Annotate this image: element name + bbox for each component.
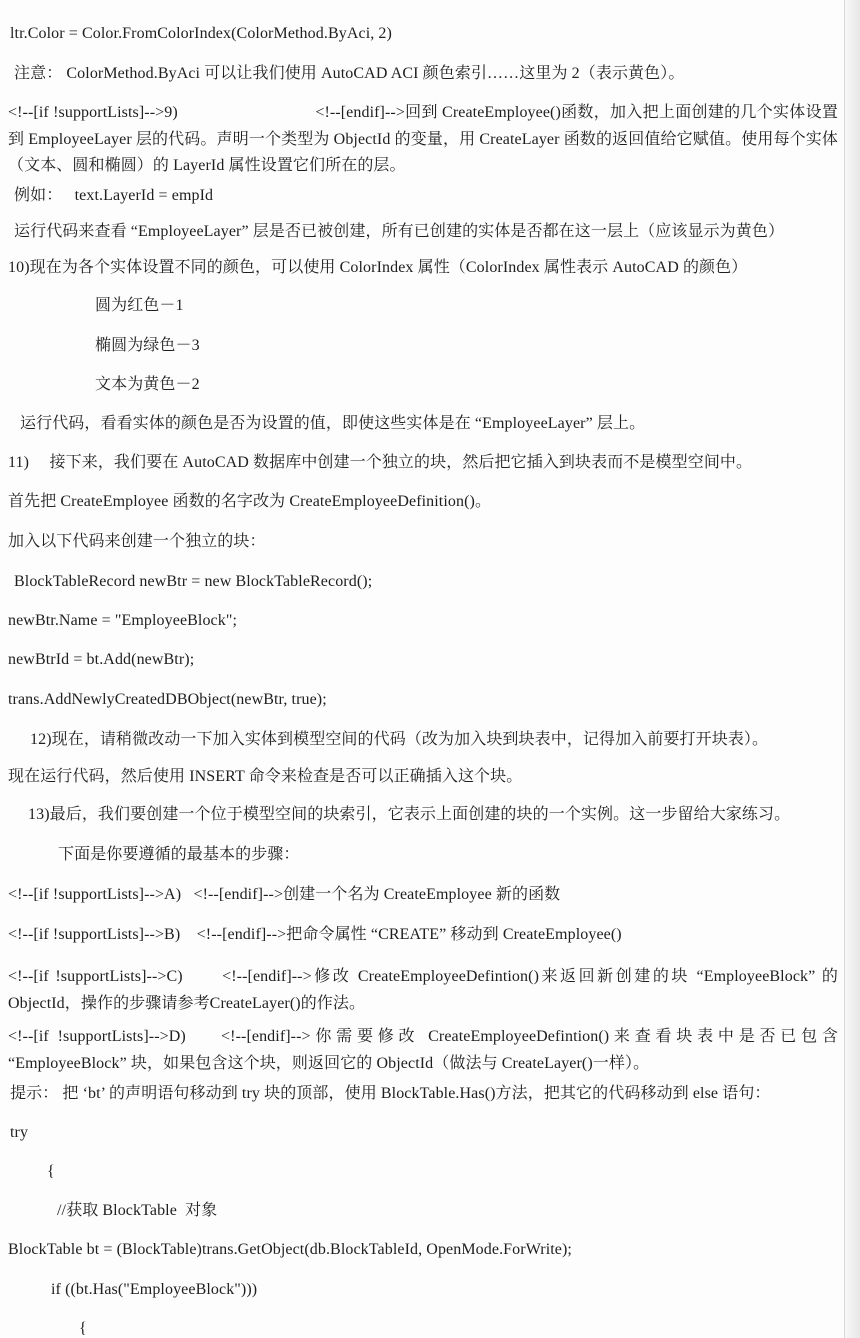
code-newbtrid-add: newBtrId = bt.Add(newBtr); [8, 650, 194, 670]
code-comment-get-blocktable: //获取 BlockTable 对象 [57, 1201, 217, 1221]
step-d: <!--[if !supportLists]-->D) <!--[endif]-… [8, 1024, 838, 1077]
code-ltr-color: ltr.Color = Color.FromColorIndex(ColorMe… [10, 24, 392, 44]
code-open-brace-outer: { [47, 1162, 55, 1182]
add-block-code-intro: 加入以下代码来创建一个独立的块： [8, 532, 266, 552]
run-insert-check: 现在运行代码，然后使用 INSERT 命令来检查是否可以正确插入这个块。 [8, 767, 522, 787]
step-a: <!--[if !supportLists]-->A) <!--[endif]-… [8, 885, 560, 905]
code-if-has-employeeblock: if ((bt.Has("EmployeeBlock"))) [51, 1280, 257, 1300]
run-check-layer: 运行代码来查看 “EmployeeLayer” 层是否已被创建，所有已创建的实体… [14, 222, 784, 242]
code-try: try [10, 1123, 28, 1143]
step-11: 11) 接下来，我们要在 AutoCAD 数据库中创建一个独立的块，然后把它插入… [8, 453, 752, 473]
step-c: <!--[if !supportLists]-->C) <!--[endif]-… [8, 964, 838, 1017]
code-get-blocktable: BlockTable bt = (BlockTable)trans.GetObj… [8, 1240, 572, 1260]
step-10: 10)现在为各个实体设置不同的颜色，可以使用 ColorIndex 属性（Col… [8, 258, 747, 278]
step-13: 13)最后，我们要创建一个位于模型空间的块索引，它表示上面创建的块的一个实例。这… [28, 805, 790, 825]
code-new-blocktablerecord: BlockTableRecord newBtr = new BlockTable… [14, 572, 372, 592]
document-page: ltr.Color = Color.FromColorIndex(ColorMe… [0, 0, 860, 1338]
color-text-yellow: 文本为黄色－2 [95, 375, 200, 395]
color-circle-red: 圆为红色－1 [95, 296, 184, 316]
code-open-brace-inner: { [79, 1319, 87, 1338]
code-add-newly-created: trans.AddNewlyCreatedDBObject(newBtr, tr… [8, 690, 327, 710]
color-ellipse-green: 椭圆为绿色－3 [95, 336, 200, 356]
steps-intro: 下面是你要遵循的最基本的步骤： [58, 845, 300, 865]
step-12: 12)现在，请稍微改动一下加入实体到模型空间的代码（改为加入块到块表中，记得加入… [30, 730, 768, 750]
step-9: <!--[if !supportLists]-->9) <!--[endif]-… [8, 100, 838, 180]
example-layerid: 例如： text.LayerId = empId [14, 186, 213, 206]
hint-bt-declaration: 提示： 把 ‘bt’ 的声明语句移动到 try 块的顶部，使用 BlockTab… [10, 1084, 771, 1104]
page-right-edge-shadow [844, 0, 860, 1338]
run-check-colors: 运行代码，看看实体的颜色是否为设置的值，即使这些实体是在 “EmployeeLa… [20, 414, 645, 434]
note-byaci: 注意： ColorMethod.ByAci 可以让我们使用 AutoCAD AC… [14, 64, 684, 84]
step-b: <!--[if !supportLists]-->B) <!--[endif]-… [8, 925, 622, 945]
rename-function: 首先把 CreateEmployee 函数的名字改为 CreateEmploye… [8, 492, 491, 512]
code-newbtr-name: newBtr.Name = "EmployeeBlock"; [8, 611, 237, 631]
